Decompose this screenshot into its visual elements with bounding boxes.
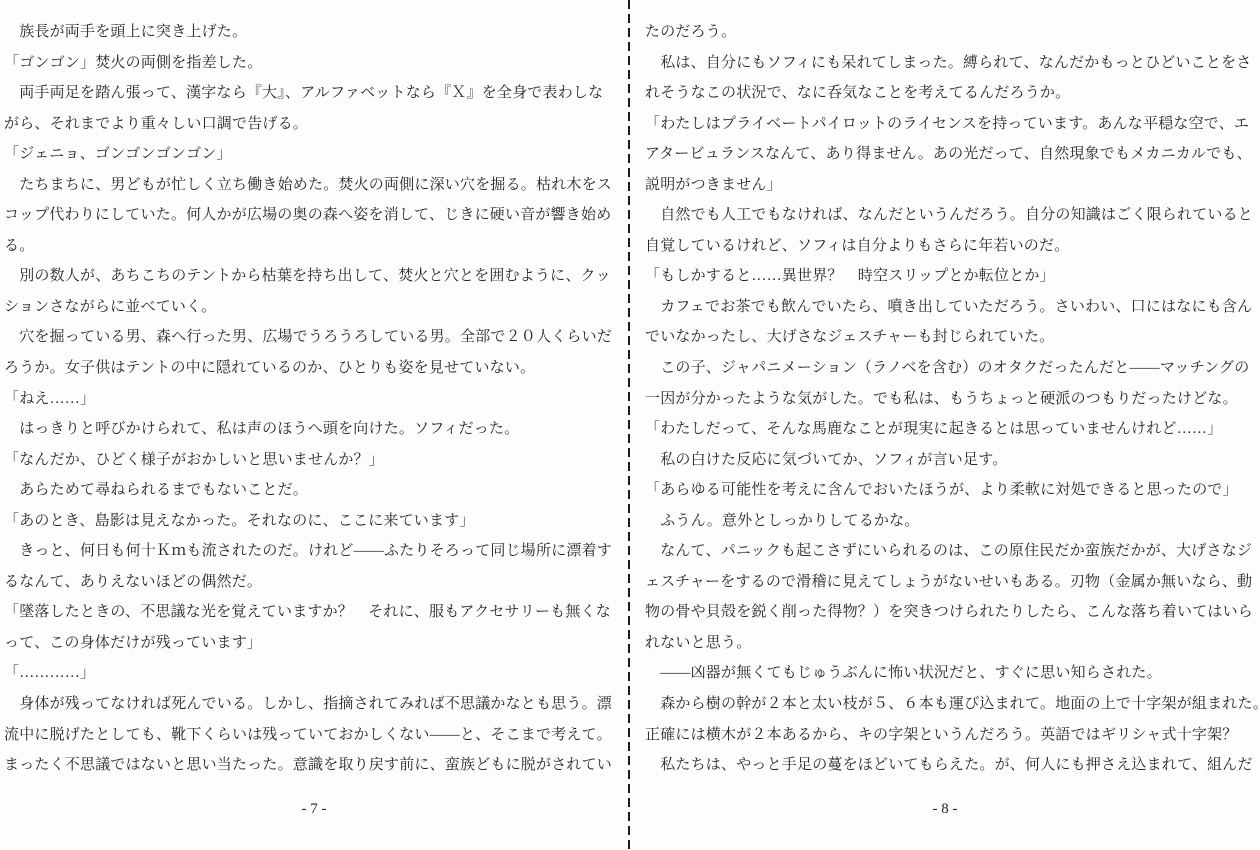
text-line: 自覚しているけれど、ソフィは自分よりもさらに年若いのだ。 <box>645 231 1258 262</box>
page-text-right: たのだろう。 私は、自分にもソフィにも呆れてしまった。縛られて、なんだかもっとひ… <box>645 17 1258 781</box>
text-line: 自然でも人工でもなければ、なんだというんだろう。自分の知識はごく限られていると <box>645 200 1258 231</box>
text-line: る。 <box>4 231 608 262</box>
text-line: 別の数人が、あちこちのテントから枯葉を持ち出して、焚火と穴とを囲むように、クッ <box>4 261 608 292</box>
text-line: ションさながらに並べていく。 <box>4 292 608 323</box>
text-line: ふうん。意外としっかりしてるかな。 <box>645 506 1258 537</box>
text-line: 「わたしはプライベートパイロットのライセンスを持っています。あんな平穏な空で、エ <box>645 109 1258 140</box>
text-line: カフェでお茶でも飲んでいたら、噴き出していただろう。さいわい、口にはなにも含ん <box>645 292 1258 323</box>
text-line: ェスチャーをするので滑稽に見えてしょうがないせいもある。刃物（金属か無いなら、動 <box>645 567 1258 598</box>
text-line: たのだろう。 <box>645 17 1258 48</box>
text-line: きっと、何日も何十Ｋｍも流されたのだ。けれど――ふたりそろって同じ場所に漂着す <box>4 536 608 567</box>
page-right: たのだろう。 私は、自分にもソフィにも呆れてしまった。縛られて、なんだかもっとひ… <box>630 0 1260 850</box>
text-line: 私は、自分にもソフィにも呆れてしまった。縛られて、なんだかもっとひどいことをさ <box>645 48 1258 79</box>
text-line: れないと思う。 <box>645 628 1258 659</box>
text-line: 私たちは、やっと手足の蔓をほどいてもらえた。が、何人にも押さえ込まれて、組んだ <box>645 750 1258 781</box>
text-line: れそうなこの状況で、なに呑気なことを考えてるんだろうか。 <box>645 78 1258 109</box>
text-line: 「あらゆる可能性を考えに含んでおいたほうが、より柔軟に対処できると思ったので」 <box>645 475 1258 506</box>
page-number-left: - 7 - <box>0 801 628 818</box>
text-line: 「墜落したときの、不思議な光を覚えていますか？ それに、服もアクセサリーも無くな <box>4 597 608 628</box>
text-line: 穴を掘っている男、森へ行った男、広場でうろうろしている男。全部で２０人くらいだ <box>4 322 608 353</box>
text-line: 正確には横木が２本あるから、キの字架というんだろう。英語ではギリシャ式十字架？ <box>645 720 1258 751</box>
text-line: 一因が分かったような気がした。でも私は、もうちょっと硬派のつもりだったけどな。 <box>645 384 1258 415</box>
text-line: 「ジェニョ、ゴンゴンゴンゴン」 <box>4 139 608 170</box>
text-line: 「…………」 <box>4 658 608 689</box>
text-line: まったく不思議ではないと思い当たった。意識を取り戻す前に、蛮族どもに脱がされてい <box>4 750 608 781</box>
text-line: でいなかったし、大げさなジェスチャーも封じられていた。 <box>645 322 1258 353</box>
text-line: 流中に脱げたとしても、靴下くらいは残っていておかしくない――と、そこまで考えて。 <box>4 720 608 751</box>
page-left: 族長が両手を頭上に突き上げた。「ゴンゴン」焚火の両側を指差した。 両手両足を踏ん… <box>0 0 628 850</box>
text-line: るなんて、ありえないほどの偶然だ。 <box>4 567 608 598</box>
text-line: 身体が残ってなければ死んでいる。しかし、指摘されてみれば不思議かなとも思う。漂 <box>4 689 608 720</box>
text-line: アタービュランスなんて、あり得ません。あの光だって、自然現象でもメカニカルでも、 <box>645 139 1258 170</box>
text-line: たちまちに、男どもが忙しく立ち働き始めた。焚火の両側に深い穴を掘る。枯れ木をス <box>4 170 608 201</box>
text-line: って、この身体だけが残っています」 <box>4 628 608 659</box>
text-line: ろうか。女子供はテントの中に隠れているのか、ひとりも姿を見せていない。 <box>4 353 608 384</box>
text-line: コップ代わりにしていた。何人かが広場の奥の森へ姿を消して、じきに硬い音が響き始め <box>4 200 608 231</box>
text-line: 両手両足を踏ん張って、漢字なら『大』、アルファベットなら『Ｘ』を全身で表わしな <box>4 78 608 109</box>
text-line: がら、それまでより重々しい口調で告げる。 <box>4 109 608 140</box>
text-line: ――凶器が無くてもじゅうぶんに怖い状況だと、すぐに思い知らされた。 <box>645 658 1258 689</box>
text-line: はっきりと呼びかけられて、私は声のほうへ頭を向けた。ソフィだった。 <box>4 414 608 445</box>
text-line: 「ねえ……」 <box>4 384 608 415</box>
text-line: あらためて尋ねられるまでもないことだ。 <box>4 475 608 506</box>
text-line: 森から樹の幹が２本と太い枝が５、６本も運び込まれて。地面の上で十字架が組まれた。 <box>645 689 1258 720</box>
book-spread: 族長が両手を頭上に突き上げた。「ゴンゴン」焚火の両側を指差した。 両手両足を踏ん… <box>0 0 1260 850</box>
text-line: なんて、パニックも起こさずにいられるのは、この原住民だか蛮族だかが、大げさなジ <box>645 536 1258 567</box>
text-line: 説明がつきません」 <box>645 170 1258 201</box>
text-line: この子、ジャパニメーション（ラノベを含む）のオタクだったんだと――マッチングの <box>645 353 1258 384</box>
text-line: 私の白けた反応に気づいてか、ソフィが言い足す。 <box>645 445 1258 476</box>
text-line: 「もしかすると……異世界？ 時空スリップとか転位とか」 <box>645 261 1258 292</box>
text-line: 物の骨や貝殻を鋭く削った得物？）を突きつけられたりしたら、こんな落ち着いてはいら <box>645 597 1258 628</box>
text-line: 「ゴンゴン」焚火の両側を指差した。 <box>4 48 608 79</box>
text-line: 「なんだか、ひどく様子がおかしいと思いませんか？」 <box>4 445 608 476</box>
page-number-right: - 8 - <box>630 801 1260 818</box>
text-line: 「わたしだって、そんな馬鹿なことが現実に起きるとは思っていませんけれど……」 <box>645 414 1258 445</box>
page-text-left: 族長が両手を頭上に突き上げた。「ゴンゴン」焚火の両側を指差した。 両手両足を踏ん… <box>4 17 608 781</box>
text-line: 族長が両手を頭上に突き上げた。 <box>4 17 608 48</box>
text-line: 「あのとき、島影は見えなかった。それなのに、ここに来ています」 <box>4 506 608 537</box>
